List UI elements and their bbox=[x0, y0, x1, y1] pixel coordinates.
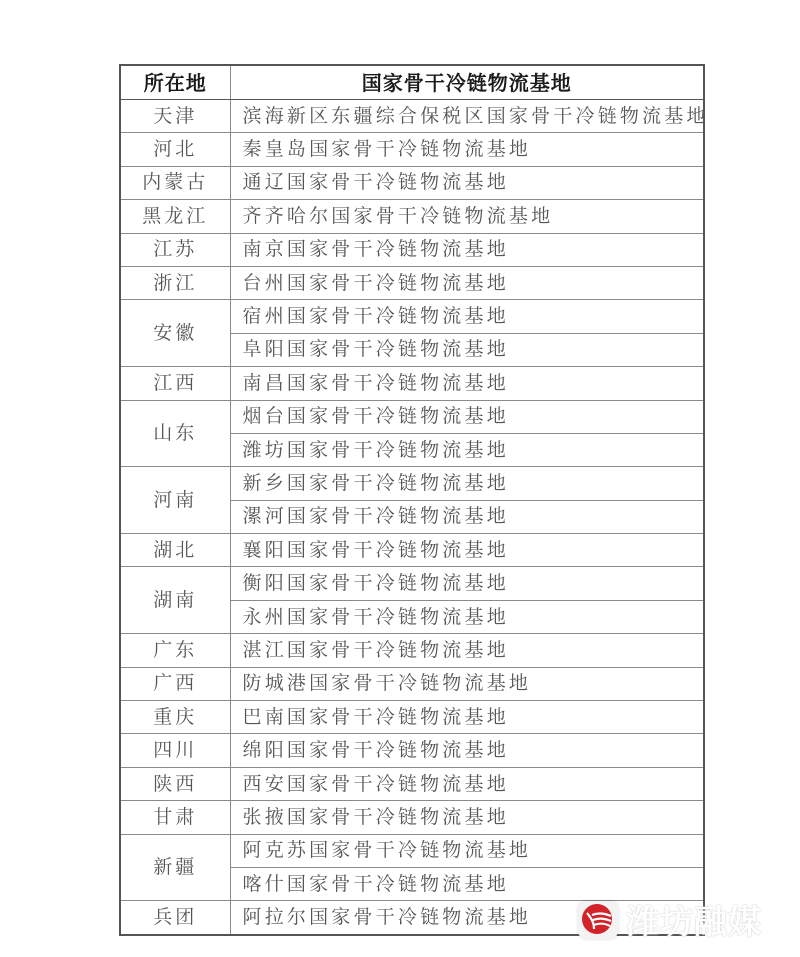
table-row: 湖北襄阳国家骨干冷链物流基地 bbox=[120, 534, 704, 567]
base-cell: 湛江国家骨干冷链物流基地 bbox=[230, 634, 704, 667]
region-cell: 四川 bbox=[120, 734, 230, 767]
table-body: 天津滨海新区东疆综合保税区国家骨干冷链物流基地河北秦皇岛国家骨干冷链物流基地内蒙… bbox=[120, 100, 704, 935]
region-cell: 浙江 bbox=[120, 266, 230, 299]
base-cell: 阜阳国家骨干冷链物流基地 bbox=[230, 333, 704, 366]
table-row: 山东烟台国家骨干冷链物流基地 bbox=[120, 400, 704, 433]
region-cell: 陕西 bbox=[120, 767, 230, 800]
base-cell: 永州国家骨干冷链物流基地 bbox=[230, 600, 704, 633]
region-cell: 山东 bbox=[120, 400, 230, 467]
base-cell: 滨海新区东疆综合保税区国家骨干冷链物流基地 bbox=[230, 100, 704, 133]
region-cell: 江苏 bbox=[120, 233, 230, 266]
base-cell: 南京国家骨干冷链物流基地 bbox=[230, 233, 704, 266]
base-cell: 防城港国家骨干冷链物流基地 bbox=[230, 667, 704, 700]
watermark-logo-icon bbox=[578, 901, 618, 939]
table-row: 新疆阿克苏国家骨干冷链物流基地 bbox=[120, 834, 704, 867]
table-row: 河南新乡国家骨干冷链物流基地 bbox=[120, 467, 704, 500]
table-row: 四川绵阳国家骨干冷链物流基地 bbox=[120, 734, 704, 767]
region-cell: 黑龙江 bbox=[120, 200, 230, 233]
region-cell: 河北 bbox=[120, 133, 230, 166]
base-cell: 台州国家骨干冷链物流基地 bbox=[230, 266, 704, 299]
region-cell: 天津 bbox=[120, 100, 230, 133]
header-base: 国家骨干冷链物流基地 bbox=[230, 65, 704, 100]
base-cell: 漯河国家骨干冷链物流基地 bbox=[230, 500, 704, 533]
base-cell: 衡阳国家骨干冷链物流基地 bbox=[230, 567, 704, 600]
table-row: 江苏南京国家骨干冷链物流基地 bbox=[120, 233, 704, 266]
table-row: 湖南衡阳国家骨干冷链物流基地 bbox=[120, 567, 704, 600]
table-row: 安徽宿州国家骨干冷链物流基地 bbox=[120, 300, 704, 333]
region-cell: 湖北 bbox=[120, 534, 230, 567]
region-cell: 江西 bbox=[120, 367, 230, 400]
region-cell: 湖南 bbox=[120, 567, 230, 634]
table-row: 甘肃张掖国家骨干冷链物流基地 bbox=[120, 801, 704, 834]
table-row: 内蒙古通辽国家骨干冷链物流基地 bbox=[120, 166, 704, 199]
table-row: 江西南昌国家骨干冷链物流基地 bbox=[120, 367, 704, 400]
base-cell: 宿州国家骨干冷链物流基地 bbox=[230, 300, 704, 333]
base-cell: 巴南国家骨干冷链物流基地 bbox=[230, 701, 704, 734]
base-cell: 襄阳国家骨干冷链物流基地 bbox=[230, 534, 704, 567]
region-cell: 安徽 bbox=[120, 300, 230, 367]
base-cell: 新乡国家骨干冷链物流基地 bbox=[230, 467, 704, 500]
table-row: 河北秦皇岛国家骨干冷链物流基地 bbox=[120, 133, 704, 166]
base-cell: 阿克苏国家骨干冷链物流基地 bbox=[230, 834, 704, 867]
table-row: 天津滨海新区东疆综合保税区国家骨干冷链物流基地 bbox=[120, 100, 704, 133]
region-cell: 广西 bbox=[120, 667, 230, 700]
base-cell: 西安国家骨干冷链物流基地 bbox=[230, 767, 704, 800]
table-row: 黑龙江齐齐哈尔国家骨干冷链物流基地 bbox=[120, 200, 704, 233]
header-region: 所在地 bbox=[120, 65, 230, 100]
table-row: 广西防城港国家骨干冷链物流基地 bbox=[120, 667, 704, 700]
region-cell: 河南 bbox=[120, 467, 230, 534]
base-cell: 张掖国家骨干冷链物流基地 bbox=[230, 801, 704, 834]
base-cell: 秦皇岛国家骨干冷链物流基地 bbox=[230, 133, 704, 166]
table-row: 陕西西安国家骨干冷链物流基地 bbox=[120, 767, 704, 800]
watermark-text: 潍坊融媒 bbox=[626, 896, 762, 943]
region-cell: 重庆 bbox=[120, 701, 230, 734]
region-cell: 内蒙古 bbox=[120, 166, 230, 199]
table-row: 广东湛江国家骨干冷链物流基地 bbox=[120, 634, 704, 667]
region-cell: 兵团 bbox=[120, 901, 230, 935]
base-cell: 绵阳国家骨干冷链物流基地 bbox=[230, 734, 704, 767]
region-cell: 新疆 bbox=[120, 834, 230, 901]
base-cell: 潍坊国家骨干冷链物流基地 bbox=[230, 433, 704, 466]
base-cell: 烟台国家骨干冷链物流基地 bbox=[230, 400, 704, 433]
cold-chain-base-table: 所在地 国家骨干冷链物流基地 天津滨海新区东疆综合保税区国家骨干冷链物流基地河北… bbox=[119, 64, 705, 936]
base-cell: 南昌国家骨干冷链物流基地 bbox=[230, 367, 704, 400]
table-row: 重庆巴南国家骨干冷链物流基地 bbox=[120, 701, 704, 734]
watermark: 潍坊融媒 bbox=[578, 896, 762, 943]
region-cell: 甘肃 bbox=[120, 801, 230, 834]
base-cell: 齐齐哈尔国家骨干冷链物流基地 bbox=[230, 200, 704, 233]
base-cell: 通辽国家骨干冷链物流基地 bbox=[230, 166, 704, 199]
table-row: 浙江台州国家骨干冷链物流基地 bbox=[120, 266, 704, 299]
region-cell: 广东 bbox=[120, 634, 230, 667]
table-header-row: 所在地 国家骨干冷链物流基地 bbox=[120, 65, 704, 100]
